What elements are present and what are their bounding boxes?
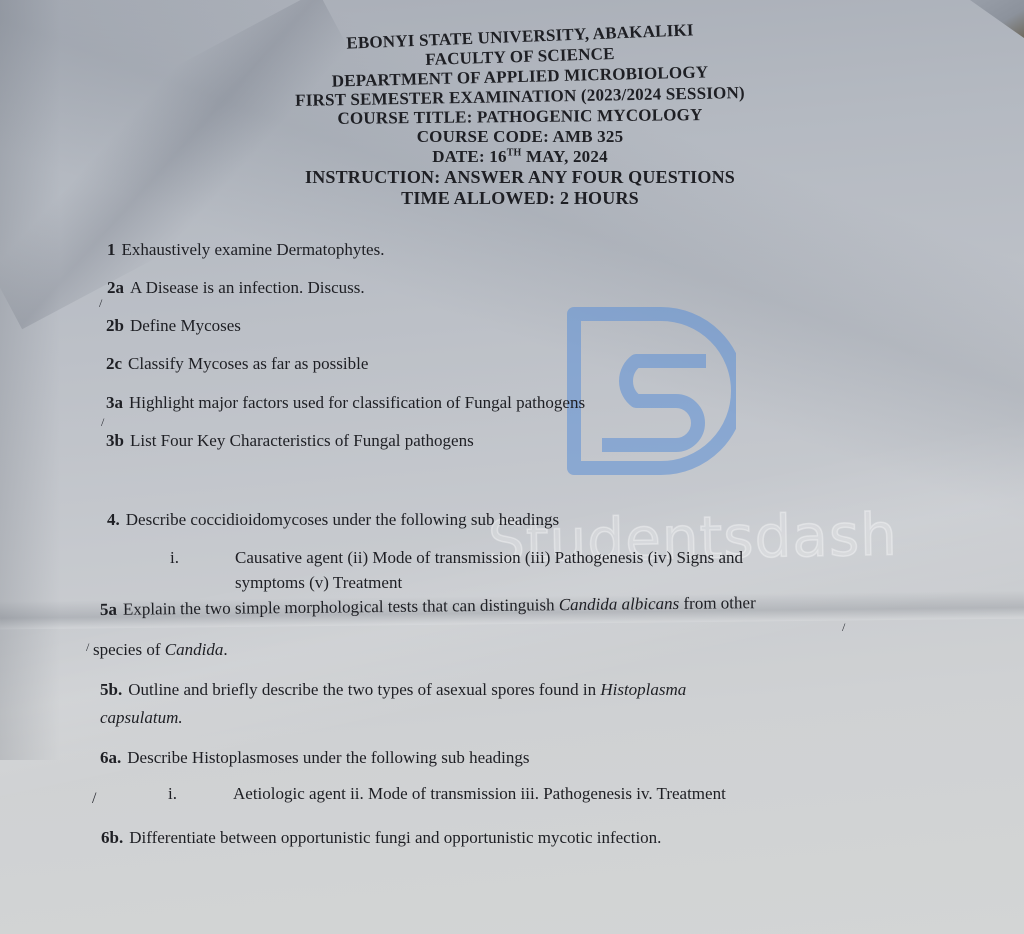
tick-mark: / — [92, 790, 96, 808]
question-4-subheadings-cont: symptoms (v) Treatment — [235, 573, 402, 593]
tick-mark: / — [101, 415, 104, 430]
course-code: COURSE CODE: AMB 325 — [260, 128, 780, 145]
exam-header: EBONYI STATE UNIVERSITY, ABAKALIKI FACUL… — [260, 28, 780, 210]
question-3b: 3bList Four Key Characteristics of Funga… — [106, 431, 474, 451]
question-6b: 6b.Differentiate between opportunistic f… — [101, 828, 661, 848]
tick-mark: / — [842, 620, 845, 635]
paper-shadow — [0, 0, 60, 760]
question-3a: 3aHighlight major factors used for class… — [106, 393, 585, 413]
question-2c: 2cClassify Mycoses as far as possible — [106, 354, 368, 374]
question-6a-subheadings: i.Aetiologic agent ii. Mode of transmiss… — [168, 784, 726, 804]
question-1: 1Exhaustively examine Dermatophytes. — [107, 240, 384, 260]
folded-corner — [964, 0, 1024, 38]
course-title: COURSE TITLE: PATHOGENIC MYCOLOGY — [260, 105, 780, 127]
exam-instruction: INSTRUCTION: ANSWER ANY FOUR QUESTIONS — [260, 168, 780, 186]
time-allowed: TIME ALLOWED: 2 HOURS — [260, 189, 780, 207]
question-4: 4.Describe coccidioidomycoses under the … — [107, 510, 559, 530]
question-5a: 5aExplain the two simple morphological t… — [100, 593, 756, 620]
exam-date: DATE: 16TH MAY, 2024 — [260, 148, 780, 165]
question-2a: 2aA Disease is an infection. Discuss. — [107, 278, 365, 298]
tick-mark: / — [99, 296, 102, 311]
question-5a-cont: species of Candida. — [93, 640, 228, 660]
ds-logo-icon — [566, 306, 736, 476]
question-5b-cont: capsulatum. — [100, 708, 183, 728]
tick-mark: / — [86, 640, 89, 655]
question-4-subheadings: i.Causative agent (ii) Mode of transmiss… — [170, 548, 743, 568]
question-2b: 2bDefine Mycoses — [106, 316, 241, 336]
question-5b: 5b.Outline and briefly describe the two … — [100, 680, 686, 700]
question-6a: 6a.Describe Histoplasmoses under the fol… — [100, 748, 530, 768]
